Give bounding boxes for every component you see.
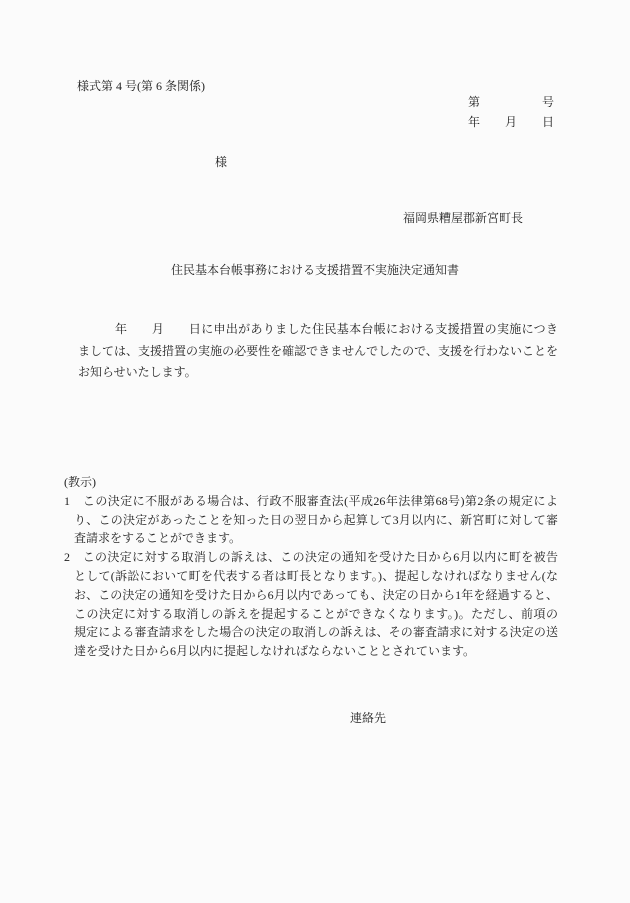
instruction-item-2-line: この決定に対する取消しの訴えを提起することができなくなります。)。ただし、前項の xyxy=(64,605,558,624)
instruction-item-1-line: 査請求をすることができます。 xyxy=(64,529,558,548)
date-month-label: 月 xyxy=(505,115,517,129)
document-number-line: 第 号 xyxy=(468,95,554,109)
contact-label: 連絡先 xyxy=(350,711,386,725)
instruction-item-2-line: 達を受けた日から6月以内に提起しなければならないこととされています。 xyxy=(64,642,558,661)
document-title: 住民基本台帳事務における支援措置不実施決定通知書 xyxy=(0,263,630,277)
instruction-item-2-line: 2 この決定に対する取消しの訴えは、この決定の通知を受けた日から6月以内に町を被… xyxy=(64,548,558,567)
date-year-label: 年 xyxy=(468,115,480,129)
form-number-label: 様式第 4 号(第 6 条関係) xyxy=(77,79,205,93)
instruction-item-1-line: り、この決定があったことを知った日の翌日から起算して3月以内に、新宮町に対して審 xyxy=(64,511,558,530)
sender-line: 福岡県糟屋郡新宮町長 xyxy=(403,211,523,225)
date-day-label: 日 xyxy=(542,115,554,129)
doc-number-suffix: 号 xyxy=(542,95,554,109)
document-page: 様式第 4 号(第 6 条関係) 第 号 年 月 日 様 福岡県糟屋郡新宮町長 … xyxy=(0,0,630,903)
instruction-item-2-line: 規定による審査請求をした場合の決定の取消しの訴えは、その審査請求に対する決定の送 xyxy=(64,623,558,642)
instructions-heading: (教示) xyxy=(64,473,558,492)
date-line: 年 月 日 xyxy=(468,115,554,129)
body-line: ましては、支援措置の実施の必要性を確認できませんでしたので、支援を行わないことを xyxy=(78,341,558,363)
instruction-item-2-line: お、この決定の通知を受けた日から6月以内であっても、決定の日から1年を経過すると… xyxy=(64,586,558,605)
document-number-block: 第 号 年 月 日 xyxy=(468,95,554,135)
doc-number-prefix: 第 xyxy=(468,95,480,109)
body-paragraph: 年 月 日に申出がありました住民基本台帳における支援措置の実施につき ましては、… xyxy=(78,319,558,384)
instructions-block: (教示) 1 この決定に不服がある場合は、行政不服審査法(平成26年法律第68号… xyxy=(64,473,558,661)
addressee-honorific: 様 xyxy=(215,155,227,169)
body-line: 年 月 日に申出がありました住民基本台帳における支援措置の実施につき xyxy=(78,319,558,341)
instruction-item-1-line: 1 この決定に不服がある場合は、行政不服審査法(平成26年法律第68号)第2条の… xyxy=(64,492,558,511)
instruction-item-2-line: として(訴訟において町を代表する者は町長となります。)、提起しなければなりません… xyxy=(64,567,558,586)
body-line: お知らせいたします。 xyxy=(78,362,558,384)
